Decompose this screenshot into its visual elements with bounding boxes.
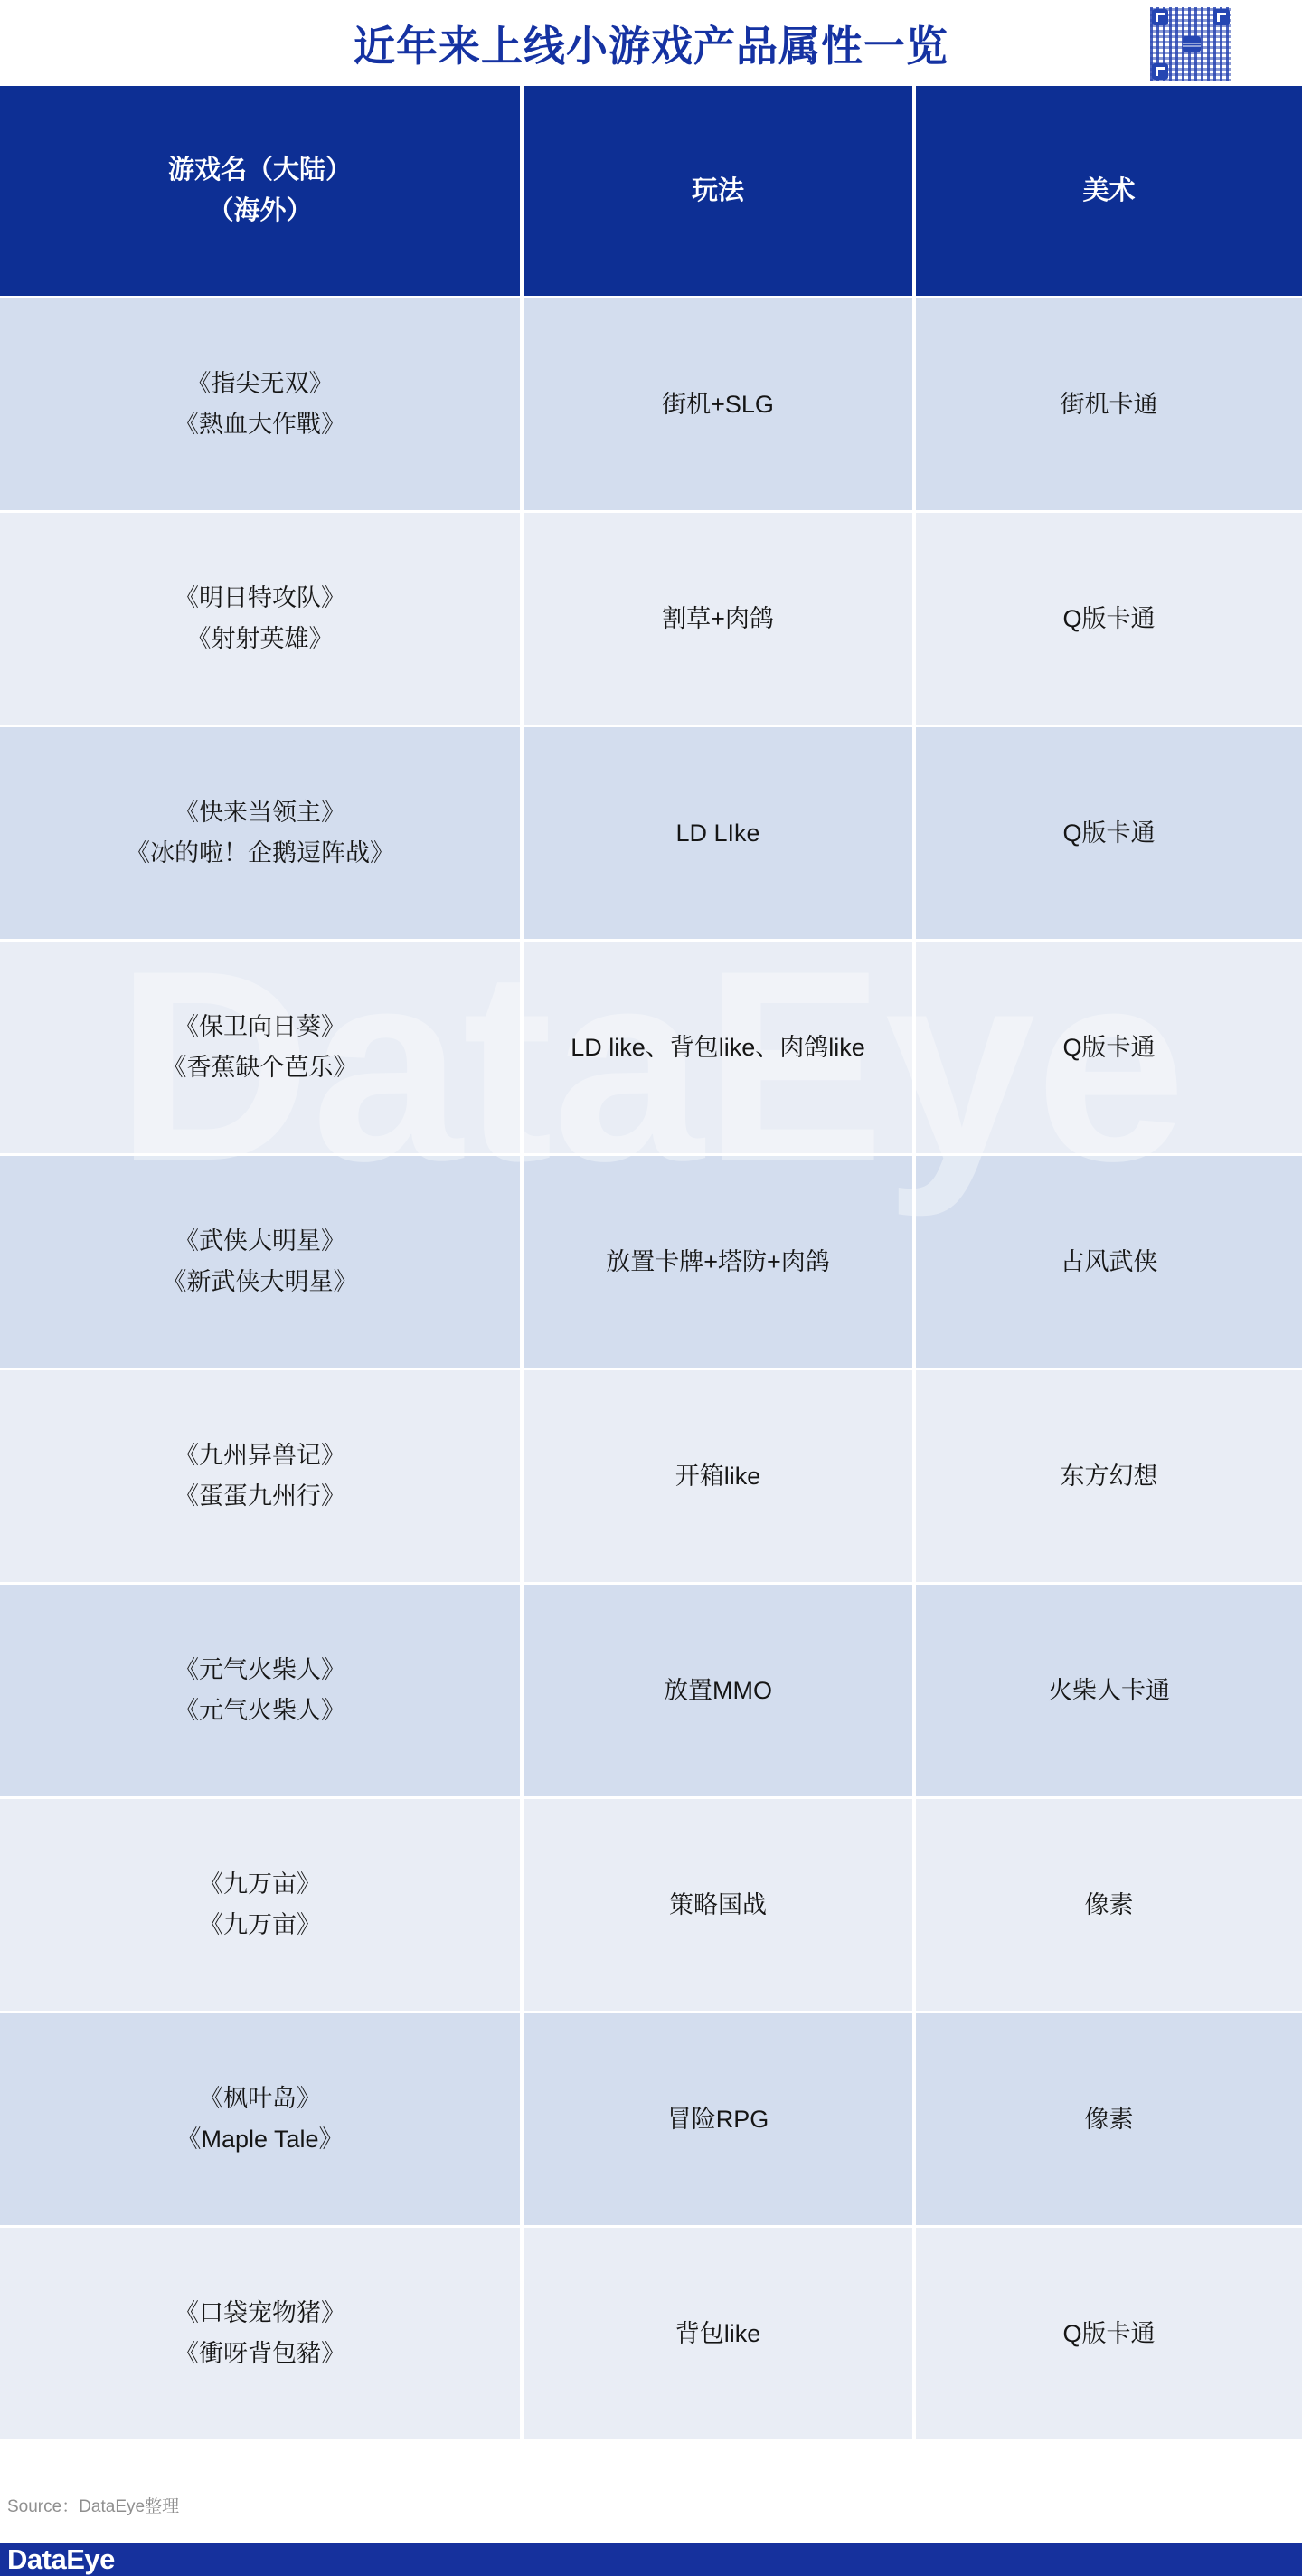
bottom-brand-bar: DataEye — [0, 2543, 1302, 2576]
game-name-cell: 《指尖无双》《熱血大作戰》 — [0, 298, 520, 510]
game-name-cell: 《元气火柴人》《元气火柴人》 — [0, 1585, 520, 1796]
game-name-cell: 《武侠大明星》《新武侠大明星》 — [0, 1156, 520, 1368]
game-name-cell: 《明日特攻队》《射射英雄》 — [0, 513, 520, 724]
gameplay-cell: LD LIke — [524, 727, 912, 939]
qr-center-logo-icon — [1183, 36, 1201, 52]
game-name-cell: 《口袋宠物猪》《衝呀背包豬》 — [0, 2228, 520, 2439]
gameplay-cell: 放置卡牌+塔防+肉鸽 — [524, 1156, 912, 1368]
qr-finder-icon — [1213, 9, 1230, 25]
header-line: 玩法 — [692, 171, 744, 212]
qr-finder-icon — [1152, 63, 1168, 80]
header-line: （海外） — [207, 191, 312, 232]
qr-code-icon — [1150, 7, 1231, 81]
gameplay-cell: 背包like — [524, 2228, 912, 2439]
column-header-art: 美术 — [916, 86, 1302, 296]
column-header-game-name: 游戏名（大陆） （海外） — [0, 86, 520, 296]
art-cell: 街机卡通 — [916, 298, 1302, 510]
game-name-cell: 《枫叶岛》《Maple Tale》 — [0, 2013, 520, 2225]
title-bar: 近年来上线小游戏产品属性一览 — [0, 0, 1302, 86]
game-name-cell: 《九万亩》《九万亩》 — [0, 1799, 520, 2011]
gameplay-cell: 策略国战 — [524, 1799, 912, 2011]
qr-finder-icon — [1152, 9, 1168, 25]
gameplay-cell: 冒险RPG — [524, 2013, 912, 2225]
game-name-cell: 《九州异兽记》《蛋蛋九州行》 — [0, 1370, 520, 1582]
art-cell: 像素 — [916, 1799, 1302, 2011]
gameplay-cell: 开箱like — [524, 1370, 912, 1582]
art-cell: 古风武侠 — [916, 1156, 1302, 1368]
art-cell: Q版卡通 — [916, 727, 1302, 939]
games-attribute-table: 游戏名（大陆） （海外） 玩法 美术 《指尖无双》《熱血大作戰》 街机+SLG … — [0, 86, 1302, 2439]
art-cell: Q版卡通 — [916, 513, 1302, 724]
game-name-cell: 《保卫向日葵》《香蕉缺个芭乐》 — [0, 942, 520, 1153]
game-name-cell: 《快来当领主》《冰的啦！企鹅逗阵战》 — [0, 727, 520, 939]
header-line: 游戏名（大陆） — [168, 150, 352, 191]
column-header-gameplay: 玩法 — [524, 86, 912, 296]
art-cell: 像素 — [916, 2013, 1302, 2225]
gameplay-cell: 街机+SLG — [524, 298, 912, 510]
gameplay-cell: 放置MMO — [524, 1585, 912, 1796]
art-cell: Q版卡通 — [916, 2228, 1302, 2439]
page-title: 近年来上线小游戏产品属性一览 — [354, 14, 948, 73]
art-cell: Q版卡通 — [916, 942, 1302, 1153]
art-cell: 火柴人卡通 — [916, 1585, 1302, 1796]
dataeye-logo: DataEye — [7, 2543, 115, 2576]
source-note: Source：DataEye整理 — [7, 2493, 179, 2517]
header-line: 美术 — [1082, 171, 1135, 212]
art-cell: 东方幻想 — [916, 1370, 1302, 1582]
gameplay-cell: LD like、背包like、肉鸽like — [524, 942, 912, 1153]
gameplay-cell: 割草+肉鸽 — [524, 513, 912, 724]
